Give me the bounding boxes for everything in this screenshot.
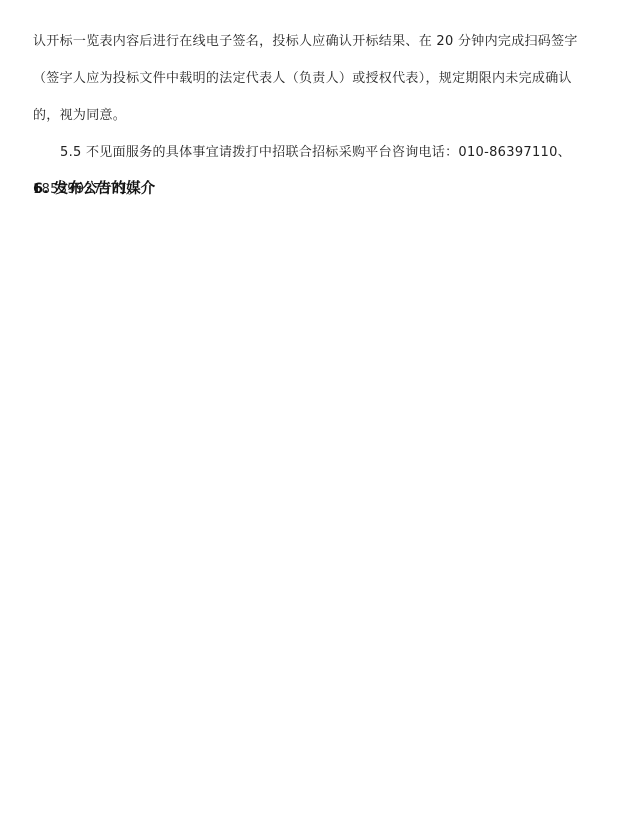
paragraph-line: （签字人应为投标文件中载明的法定代表人（负责人）或授权代表），规定期限内未完成确…	[33, 71, 572, 87]
paragraph-line: 的，视为同意。	[33, 108, 126, 124]
section-heading-6: 6. 发布公告的媒介	[33, 180, 155, 198]
paragraph-line: 认开标一览表内容后进行在线电子签名，投标人应确认开标结果、在 20 分钟内完成扫…	[33, 34, 578, 50]
paragraph-line: 5.5 不见面服务的具体事宜请拨打中招联合招标采购平台咨询电话：010-8639…	[60, 145, 571, 161]
